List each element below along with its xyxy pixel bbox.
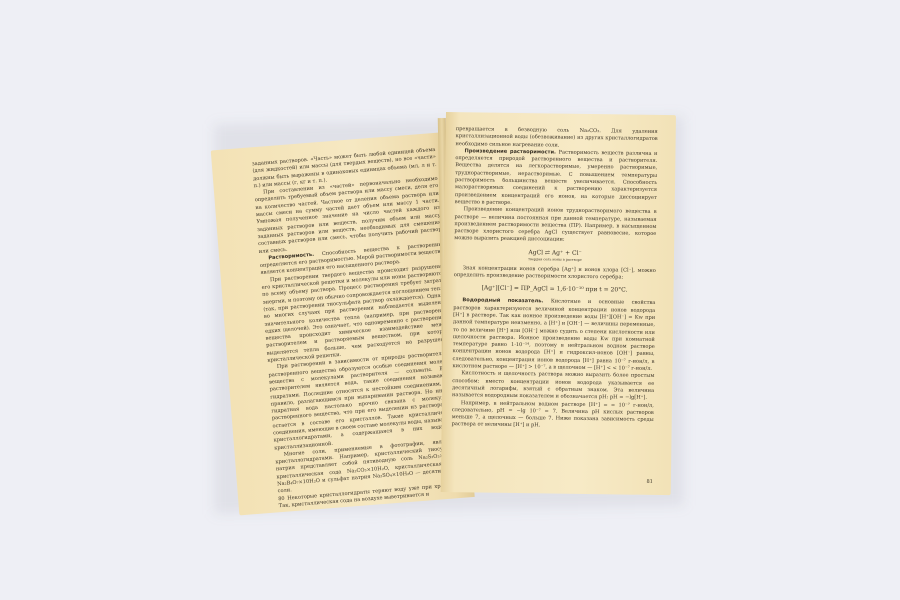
paragraph: Произведение растворимости. Растворимост…: [455, 148, 658, 209]
paragraph: превращается в безводную соль Na₂CO₃. Дл…: [455, 126, 657, 151]
right-page: превращается в безводную соль Na₂CO₃. Дл…: [441, 112, 676, 495]
paragraph: Произведение концентраций ионов труднора…: [454, 206, 656, 245]
right-page-text: превращается в безводную соль Na₂CO₃. Дл…: [452, 126, 658, 431]
formula: [Ag⁺][Cl⁻] = ПР_AgCl = 1,6·10⁻¹⁰ при t =…: [453, 284, 655, 295]
paragraph: При растворении в зависимости от природы…: [268, 351, 458, 453]
paragraph: Водородный показатель. Кислотные и основ…: [452, 297, 655, 373]
paragraph: При растворении твердого вещества происх…: [261, 263, 451, 365]
left-page: заданных растворов. «Часть» может быть л…: [211, 132, 475, 515]
paragraph: Зная концентрации ионов серебра [Ag⁺] и …: [454, 265, 656, 282]
paragraph: Например, в нейтральном водном растворе …: [452, 400, 654, 432]
left-page-number: 80: [278, 496, 285, 502]
formula-note: твердая соль ионы в растворе: [454, 256, 656, 263]
section-heading: Произведение растворимости.: [464, 148, 558, 155]
section-heading: Водородный показатель.: [462, 298, 551, 305]
formula: AgCl ⇄ Ag⁺ + Cl⁻твердая соль ионы в раст…: [454, 248, 656, 263]
right-page-number: 81: [646, 479, 652, 485]
paragraph: Кислотность и щелочность раствора можно …: [452, 370, 654, 402]
left-page-text: заданных растворов. «Часть» может быть л…: [252, 147, 463, 511]
